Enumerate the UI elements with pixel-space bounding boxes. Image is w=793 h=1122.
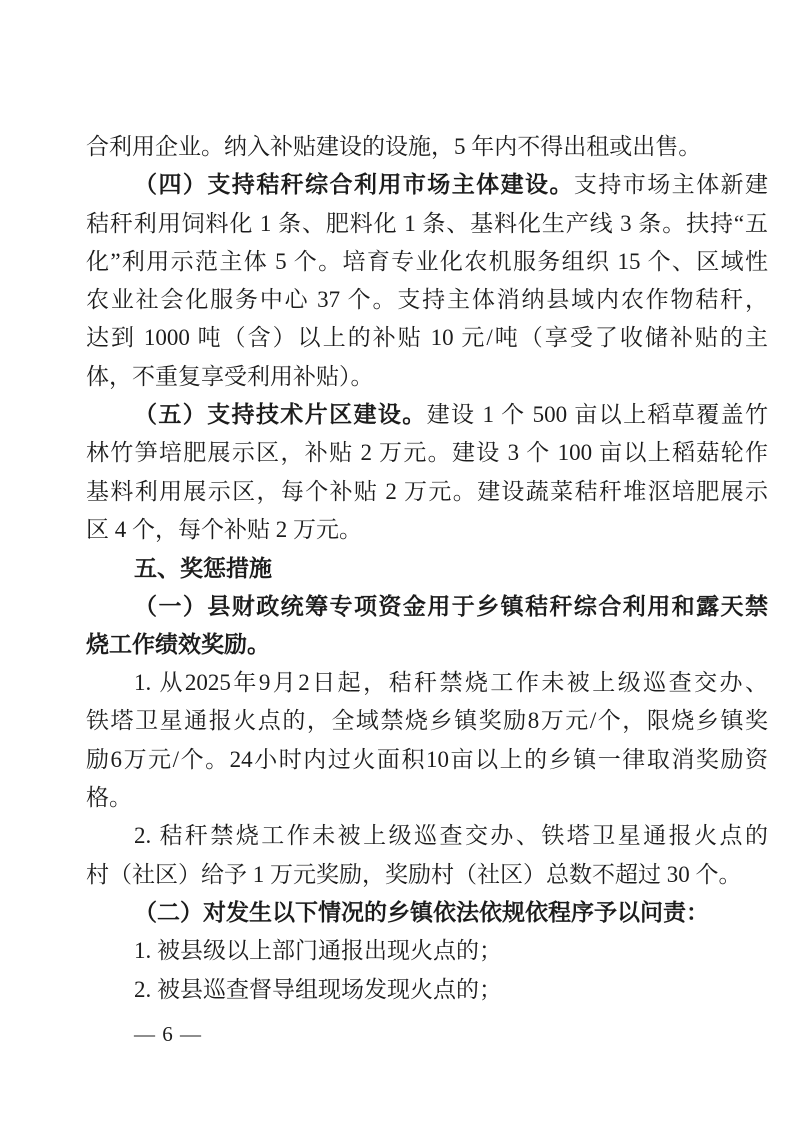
- text-segment-body: 铁塔卫星通报火点的，全域禁烧乡镇奖励8万元/个，限烧乡镇奖: [86, 708, 768, 733]
- text-segment-kai: （一）县财政统筹专项资金用于乡镇秸秆综合利用和露天禁: [134, 594, 768, 619]
- text-line: 格。: [86, 779, 768, 817]
- document-lines: 合利用企业。纳入补贴建设的设施，5 年内不得出租或出售。（四）支持秸秆综合利用市…: [86, 128, 768, 1009]
- text-line: 烧工作绩效奖励。: [86, 626, 768, 664]
- text-segment-body: 林竹笋培肥展示区，补贴 2 万元。建设 3 个 100 亩以上稻菇轮作: [86, 440, 768, 465]
- text-line: 化”利用示范主体 5 个。培育专业化农机服务组织 15 个、区域性: [86, 243, 768, 281]
- text-line: 达到 1000 吨（含）以上的补贴 10 元/吨（享受了收储补贴的主: [86, 319, 768, 357]
- text-line: （一）县财政统筹专项资金用于乡镇秸秆综合利用和露天禁: [86, 588, 768, 626]
- text-segment-body: 支持市场主体新建: [574, 172, 768, 197]
- text-line: （四）支持秸秆综合利用市场主体建设。支持市场主体新建: [86, 166, 768, 204]
- page-number: — 6 —: [134, 1022, 202, 1046]
- text-segment-body: 化”利用示范主体 5 个。培育专业化农机服务组织 15 个、区域性: [86, 249, 768, 274]
- text-segment-kai: （二）对发生以下情况的乡镇依法依规依程序予以问责：: [134, 900, 709, 925]
- text-line: 林竹笋培肥展示区，补贴 2 万元。建设 3 个 100 亩以上稻菇轮作: [86, 434, 768, 472]
- text-segment-body: 2. 秸秆禁烧工作未被上级巡查交办、铁塔卫星通报火点的: [134, 823, 768, 848]
- text-line: 农业社会化服务中心 37 个。支持主体消纳县域内农作物秸秆，: [86, 281, 768, 319]
- text-segment-body: 励6万元/个。24小时内过火面积10亩以上的乡镇一律取消奖励资: [86, 747, 768, 772]
- text-line: 1. 从2025年9月2日起，秸秆禁烧工作未被上级巡查交办、: [86, 664, 768, 702]
- text-segment-body: 村（社区）给予 1 万元奖励，奖励村（社区）总数不超过 30 个。: [86, 862, 742, 887]
- text-segment-body: 建设 1 个 500 亩以上稻草覆盖竹: [427, 402, 768, 427]
- text-line: 村（社区）给予 1 万元奖励，奖励村（社区）总数不超过 30 个。: [86, 856, 768, 894]
- text-line: 五、奖惩措施: [86, 549, 768, 587]
- text-line: （五）支持技术片区建设。建设 1 个 500 亩以上稻草覆盖竹: [86, 396, 768, 434]
- text-line: 秸秆利用饲料化 1 条、肥料化 1 条、基料化生产线 3 条。扶持“五: [86, 205, 768, 243]
- text-segment-body: 基料利用展示区，每个补贴 2 万元。建设蔬菜秸秆堆沤培肥展示: [86, 479, 768, 504]
- text-line: 体，不重复享受利用补贴）。: [86, 358, 768, 396]
- text-line: 2. 秸秆禁烧工作未被上级巡查交办、铁塔卫星通报火点的: [86, 817, 768, 855]
- text-segment-body: 1. 从2025年9月2日起，秸秆禁烧工作未被上级巡查交办、: [134, 670, 768, 695]
- text-segment-body: 2. 被县巡查督导组现场发现火点的；: [134, 977, 502, 1002]
- text-segment-body: 体，不重复享受利用补贴）。: [86, 364, 374, 389]
- text-line: 合利用企业。纳入补贴建设的设施，5 年内不得出租或出售。: [86, 128, 768, 166]
- text-segment-body: 区 4 个，每个补贴 2 万元。: [86, 517, 362, 542]
- text-segment-body: 合利用企业。纳入补贴建设的设施，5 年内不得出租或出售。: [86, 134, 701, 159]
- document-page: 合利用企业。纳入补贴建设的设施，5 年内不得出租或出售。（四）支持秸秆综合利用市…: [0, 0, 793, 1122]
- text-segment-kai: （四）支持秸秆综合利用市场主体建设。: [134, 172, 574, 197]
- text-line: 铁塔卫星通报火点的，全域禁烧乡镇奖励8万元/个，限烧乡镇奖: [86, 702, 768, 740]
- text-segment-body: 农业社会化服务中心 37 个。支持主体消纳县域内农作物秸秆，: [86, 287, 768, 312]
- text-line: 区 4 个，每个补贴 2 万元。: [86, 511, 768, 549]
- text-segment-heading: 五、奖惩措施: [134, 555, 272, 581]
- text-segment-body: 达到 1000 吨（含）以上的补贴 10 元/吨（享受了收储补贴的主: [86, 325, 768, 350]
- text-line: 基料利用展示区，每个补贴 2 万元。建设蔬菜秸秆堆沤培肥展示: [86, 473, 768, 511]
- text-segment-kai: （五）支持技术片区建设。: [134, 402, 427, 427]
- text-line: 2. 被县巡查督导组现场发现火点的；: [86, 971, 768, 1009]
- text-segment-body: 1. 被县级以上部门通报出现火点的；: [134, 938, 502, 963]
- text-segment-body: 格。: [86, 785, 132, 810]
- text-line: 1. 被县级以上部门通报出现火点的；: [86, 932, 768, 970]
- text-segment-body: 秸秆利用饲料化 1 条、肥料化 1 条、基料化生产线 3 条。扶持“五: [86, 211, 768, 236]
- text-line: （二）对发生以下情况的乡镇依法依规依程序予以问责：: [86, 894, 768, 932]
- page-footer: — 6 —: [134, 1022, 202, 1046]
- text-segment-kai: 烧工作绩效奖励。: [86, 632, 270, 657]
- text-line: 励6万元/个。24小时内过火面积10亩以上的乡镇一律取消奖励资: [86, 741, 768, 779]
